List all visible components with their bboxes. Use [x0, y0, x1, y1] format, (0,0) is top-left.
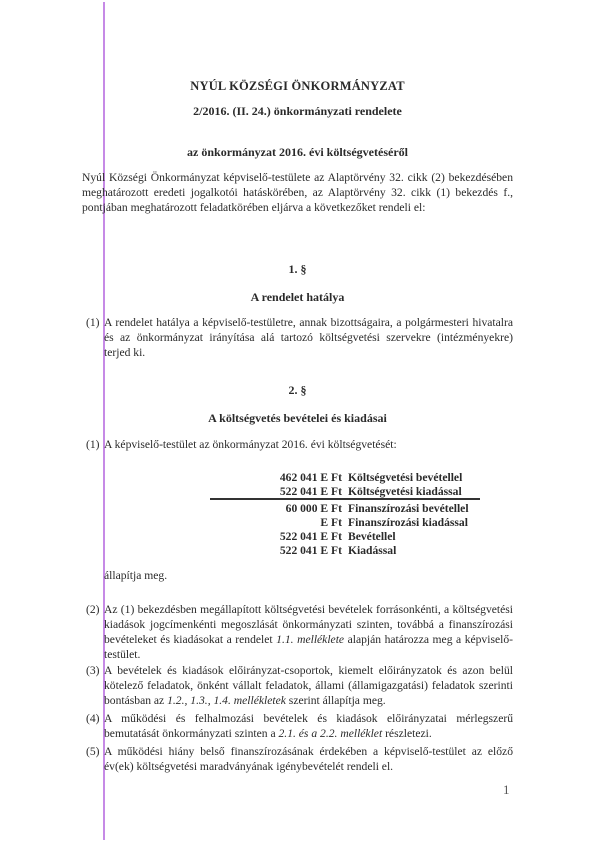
- budget-divider: [210, 498, 480, 500]
- section-2-item-3: (3) A bevételek és kiadások előirányzat-…: [82, 663, 513, 708]
- budget-amount: 522 041 E Ft: [240, 530, 348, 544]
- page-number: 1: [503, 782, 510, 798]
- budget-amount: 60 000 E Ft: [240, 502, 348, 516]
- budget-amount: 522 041 E Ft: [240, 544, 348, 558]
- item-number: (4): [86, 711, 100, 726]
- budget-row: 60 000 E FtFinanszírozási bevétellel: [240, 502, 469, 516]
- budget-amount: 462 041 E Ft: [240, 471, 348, 485]
- budget-label: Finanszírozási kiadással: [348, 516, 468, 530]
- preamble: Nyúl Községi Önkormányzat képviselő-test…: [82, 170, 513, 215]
- item-text: Az (1) bekezdésben megállapított költség…: [104, 602, 513, 662]
- budget-label: Finanszírozási bevétellel: [348, 502, 469, 516]
- section-2-item-5: (5) A működési hiány belső finanszírozás…: [82, 744, 513, 774]
- item-text: A bevételek és kiadások előirányzat-csop…: [104, 663, 513, 708]
- budget-amount: E Ft: [240, 516, 348, 530]
- item-text: A működési hiány belső finanszírozásának…: [104, 744, 513, 774]
- item-number: (2): [86, 602, 100, 617]
- budget-label: Kiadással: [348, 544, 396, 558]
- budget-table: 462 041 E FtKöltségvetési bevétellel522 …: [240, 471, 469, 558]
- budget-label: Költségvetési bevétellel: [348, 471, 462, 485]
- section-1-item-1: (1) A rendelet hatálya a képviselő-testü…: [82, 315, 513, 360]
- section-2-number: 2. §: [82, 383, 513, 398]
- budget-row: 522 041 E FtKöltségvetési kiadással: [240, 485, 469, 499]
- item-number: (1): [86, 437, 100, 452]
- item-text: A képviselő-testület az önkormányzat 201…: [104, 437, 513, 452]
- document-title: NYÚL KÖZSÉGI ÖNKORMÁNYZAT: [82, 79, 513, 94]
- item-text: A működési és felhalmozási bevételek és …: [104, 711, 513, 741]
- budget-row: 522 041 E FtBevétellel: [240, 530, 469, 544]
- section-2-item-1: (1) A képviselő-testület az önkormányzat…: [82, 437, 513, 452]
- budget-row: 522 041 E FtKiadással: [240, 544, 469, 558]
- budget-row: 462 041 E FtKöltségvetési bevétellel: [240, 471, 469, 485]
- section-1-heading: A rendelet hatálya: [82, 290, 513, 305]
- budget-label: Költségvetési kiadással: [348, 485, 462, 499]
- budget-label: Bevétellel: [348, 530, 396, 544]
- section-2-item-2: (2) Az (1) bekezdésben megállapított köl…: [82, 602, 513, 662]
- budget-row: E FtFinanszírozási kiadással: [240, 516, 469, 530]
- budget-closing: állapítja meg.: [104, 569, 167, 582]
- item-number: (5): [86, 744, 100, 759]
- item-number: (3): [86, 663, 100, 678]
- item-number: (1): [86, 315, 100, 330]
- budget-amount: 522 041 E Ft: [240, 485, 348, 499]
- item-text: A rendelet hatálya a képviselő-testületr…: [104, 315, 513, 360]
- document-subtitle: 2/2016. (II. 24.) önkormányzati rendelet…: [82, 104, 513, 119]
- section-1-number: 1. §: [82, 262, 513, 277]
- section-2-item-4: (4) A működési és felhalmozási bevételek…: [82, 711, 513, 741]
- document-subject: az önkormányzat 2016. évi költségvetésér…: [82, 145, 513, 160]
- section-2-heading: A költségvetés bevételei és kiadásai: [82, 411, 513, 426]
